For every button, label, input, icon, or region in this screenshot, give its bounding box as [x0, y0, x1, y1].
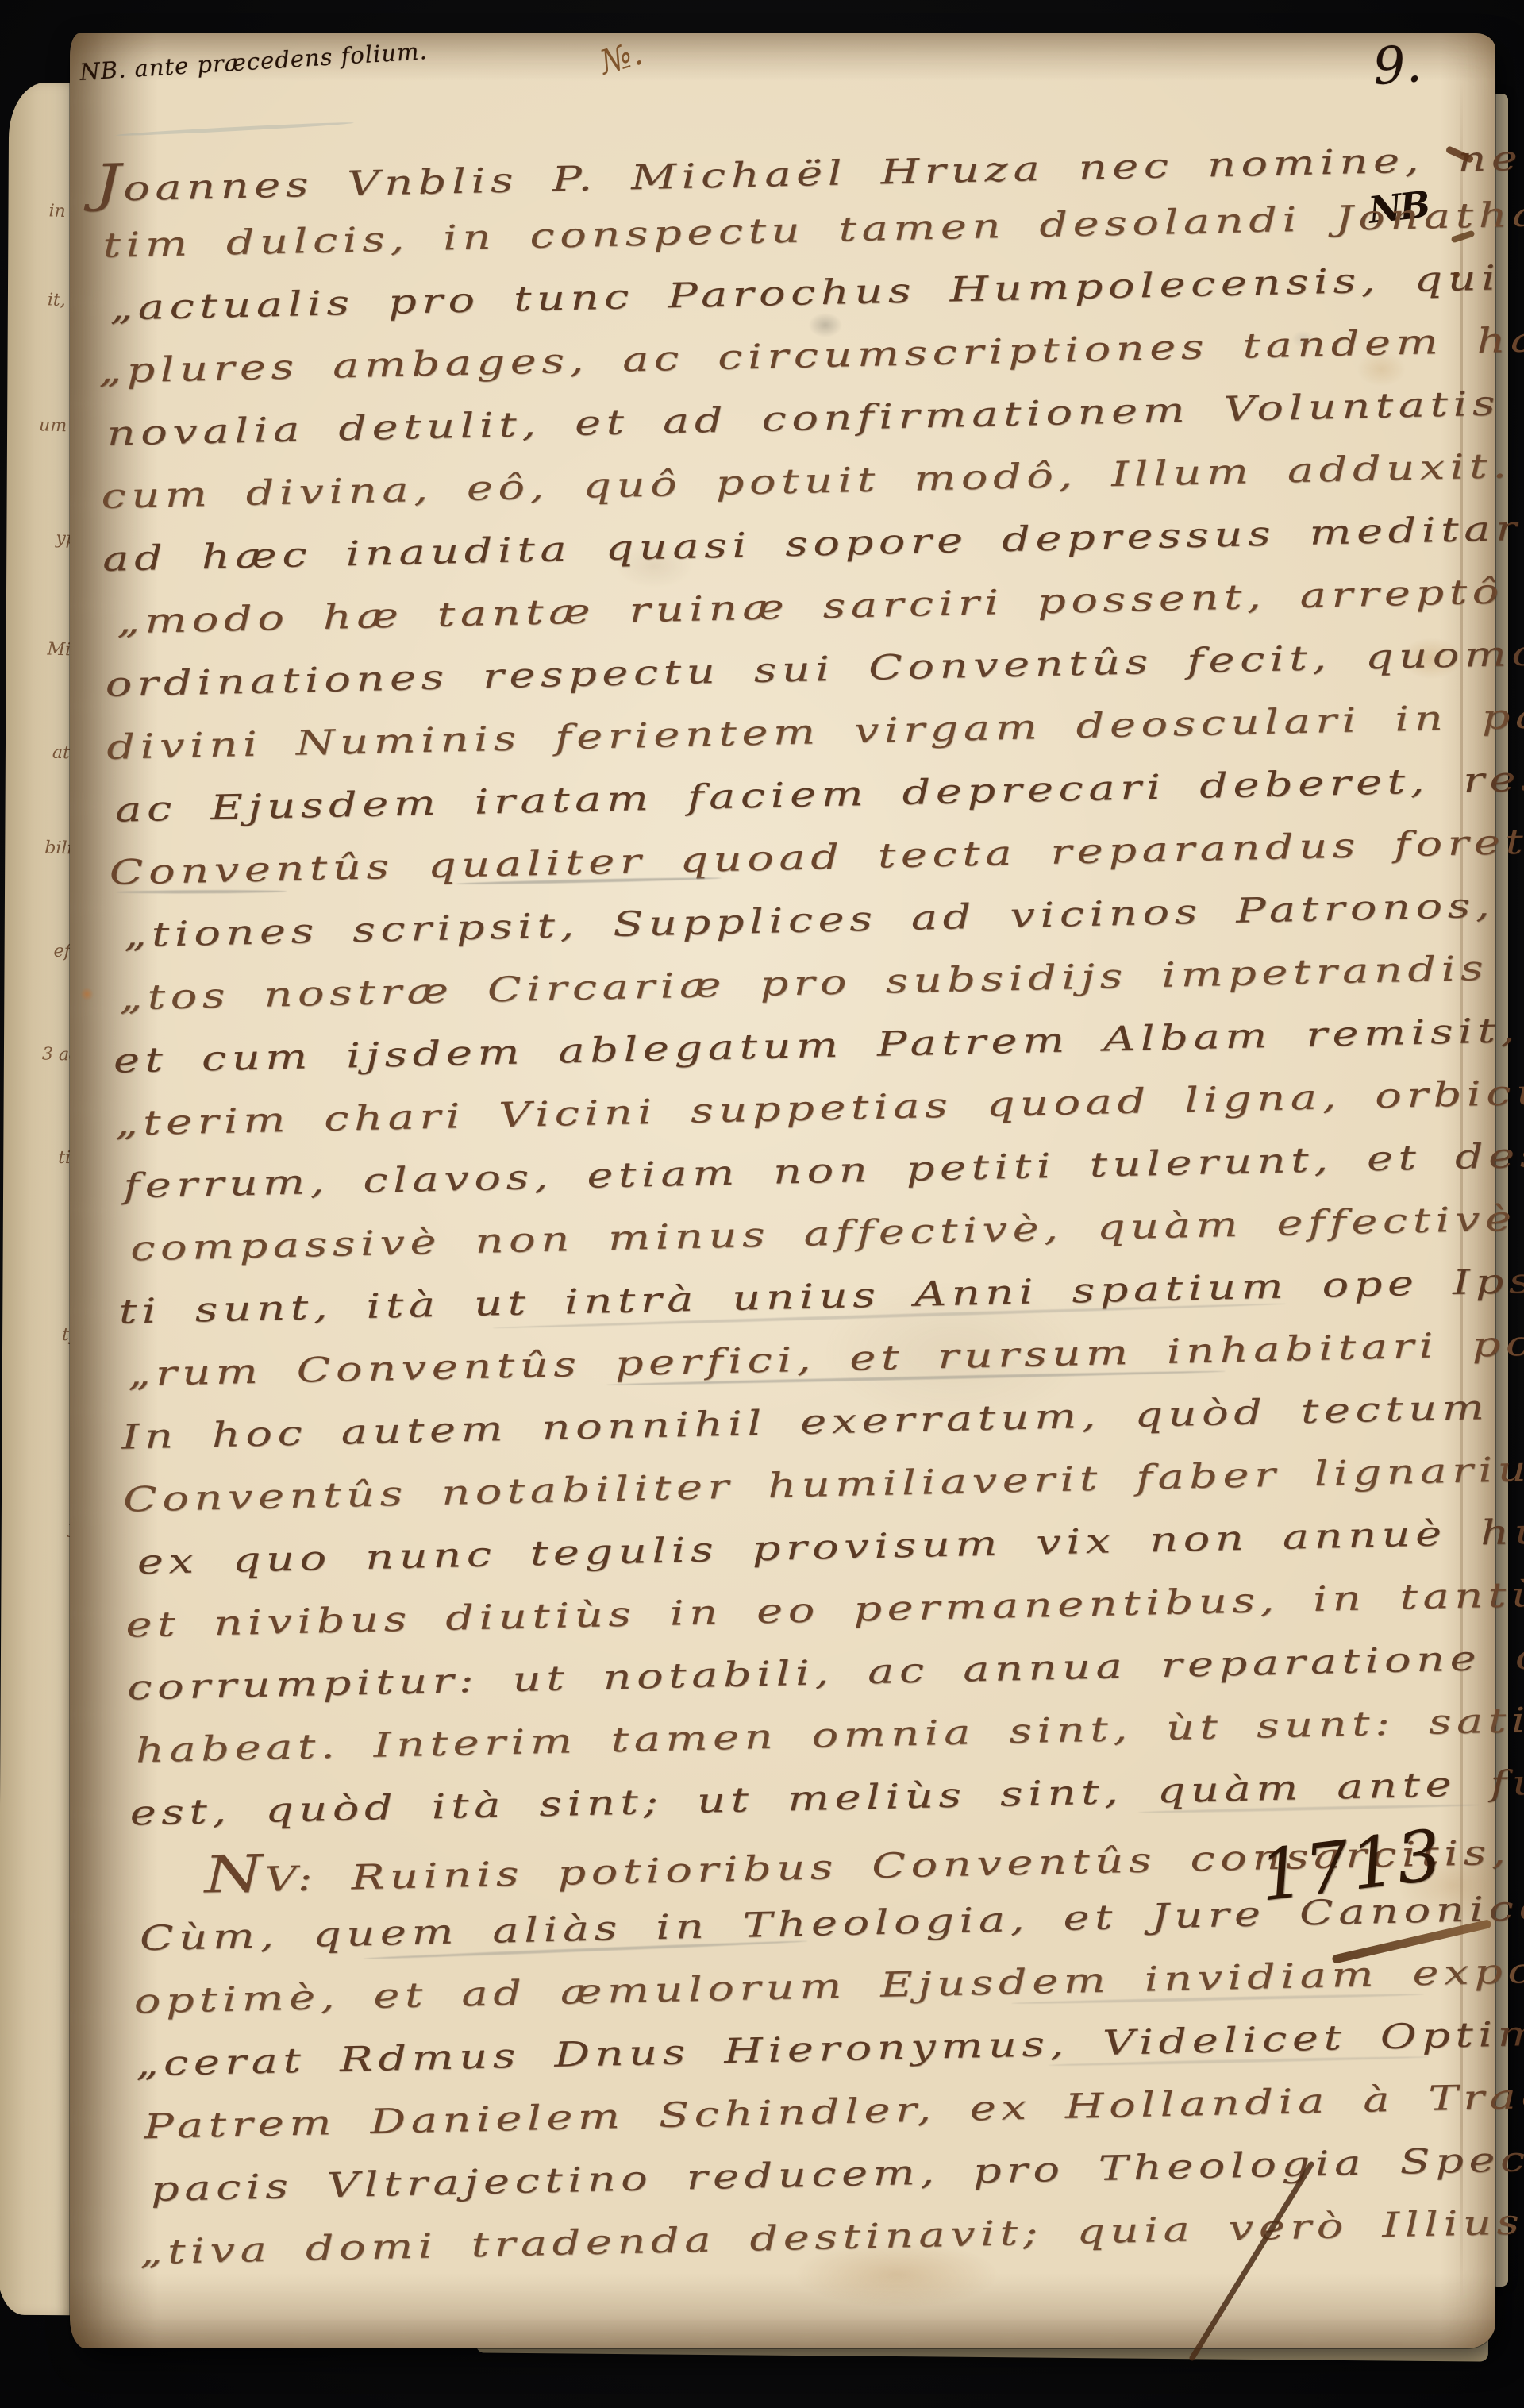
ink-slash [1181, 2155, 1324, 2368]
body-text: Joannes Vnblis P. Michaël Hruza nec nomi… [94, 122, 1508, 2287]
top-marginal-note: NB. ante præcedens folium. [79, 33, 492, 86]
folio-number: 9. [1371, 35, 1423, 97]
manuscript-page: NB. ante præcedens folium. №. 9. NB Joan… [70, 33, 1495, 2348]
edge-ink-mark [1453, 272, 1460, 278]
pencil-streak [116, 121, 354, 137]
photo-background: in C it, A um li ypl Min at f bilis efe … [0, 0, 1524, 2408]
quire-mark: №. [595, 33, 647, 83]
